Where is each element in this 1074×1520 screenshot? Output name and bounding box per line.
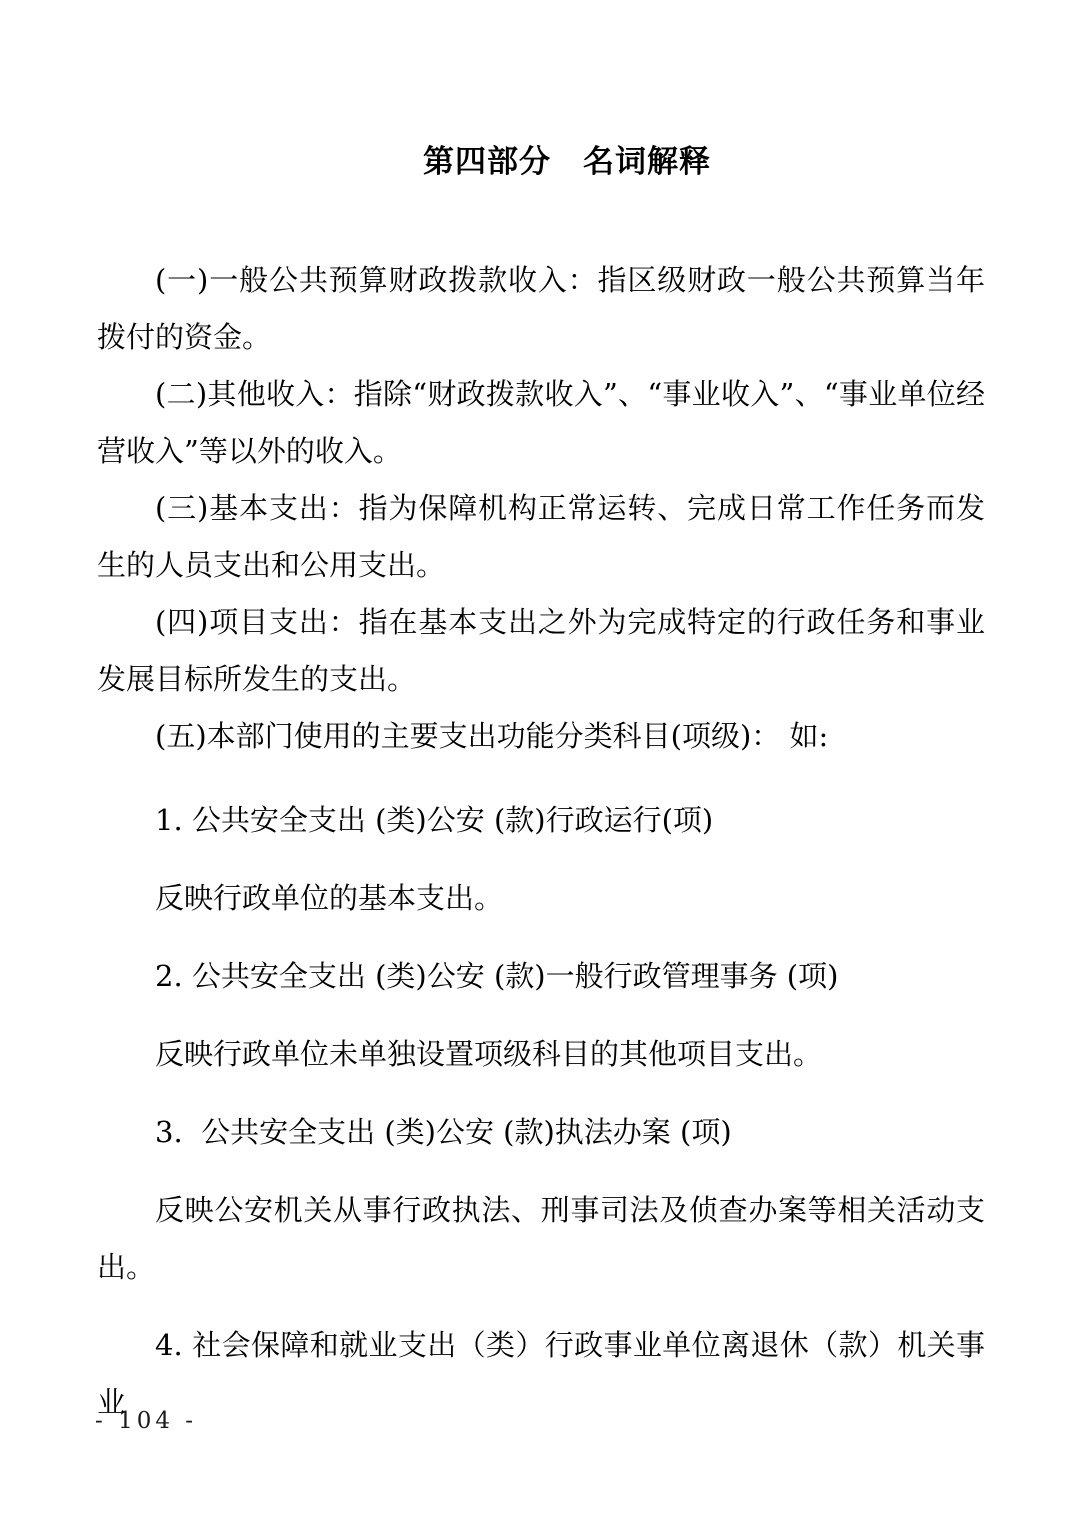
paragraph: 4. 社会保障和就业支出（类）行政事业单位离退休（款）机关事业 <box>97 1317 985 1431</box>
paragraph: (一)一般公共预算财政拨款收入：指区级财政一般公共预算当年拨付的资金。 <box>97 252 985 366</box>
paragraph: (五)本部门使用的主要支出功能分类科目(项级)： 如: <box>97 708 985 765</box>
page-number: - 104 - <box>95 1406 197 1436</box>
page-title: 第四部分 名词解释 <box>97 134 985 191</box>
document-page: 第四部分 名词解释 (一)一般公共预算财政拨款收入：指区级财政一般公共预算当年拨… <box>0 0 1074 1520</box>
paragraph: 反映行政单位未单独设置项级科目的其他项目支出。 <box>97 1026 985 1083</box>
paragraph: (四)项目支出：指在基本支出之外为完成特定的行政任务和事业发展目标所发生的支出。 <box>97 594 985 708</box>
paragraph: 3. 公共安全支出 (类)公安 (款)执法办案 (项) <box>97 1104 985 1161</box>
paragraph: (二)其他收入：指除“财政拨款收入”、“事业收入”、“事业单位经营收入”等以外的… <box>97 366 985 480</box>
paragraph: 反映行政单位的基本支出。 <box>97 870 985 927</box>
paragraph: 2. 公共安全支出 (类)公安 (款)一般行政管理事务 (项) <box>97 948 985 1005</box>
paragraph: 反映公安机关从事行政执法、刑事司法及侦查办案等相关活动支出。 <box>97 1182 985 1296</box>
document-body: (一)一般公共预算财政拨款收入：指区级财政一般公共预算当年拨付的资金。(二)其他… <box>97 252 985 1431</box>
paragraph: (三)基本支出：指为保障机构正常运转、完成日常工作任务而发生的人员支出和公用支出… <box>97 480 985 594</box>
paragraph: 1. 公共安全支出 (类)公安 (款)行政运行(项) <box>97 792 985 849</box>
